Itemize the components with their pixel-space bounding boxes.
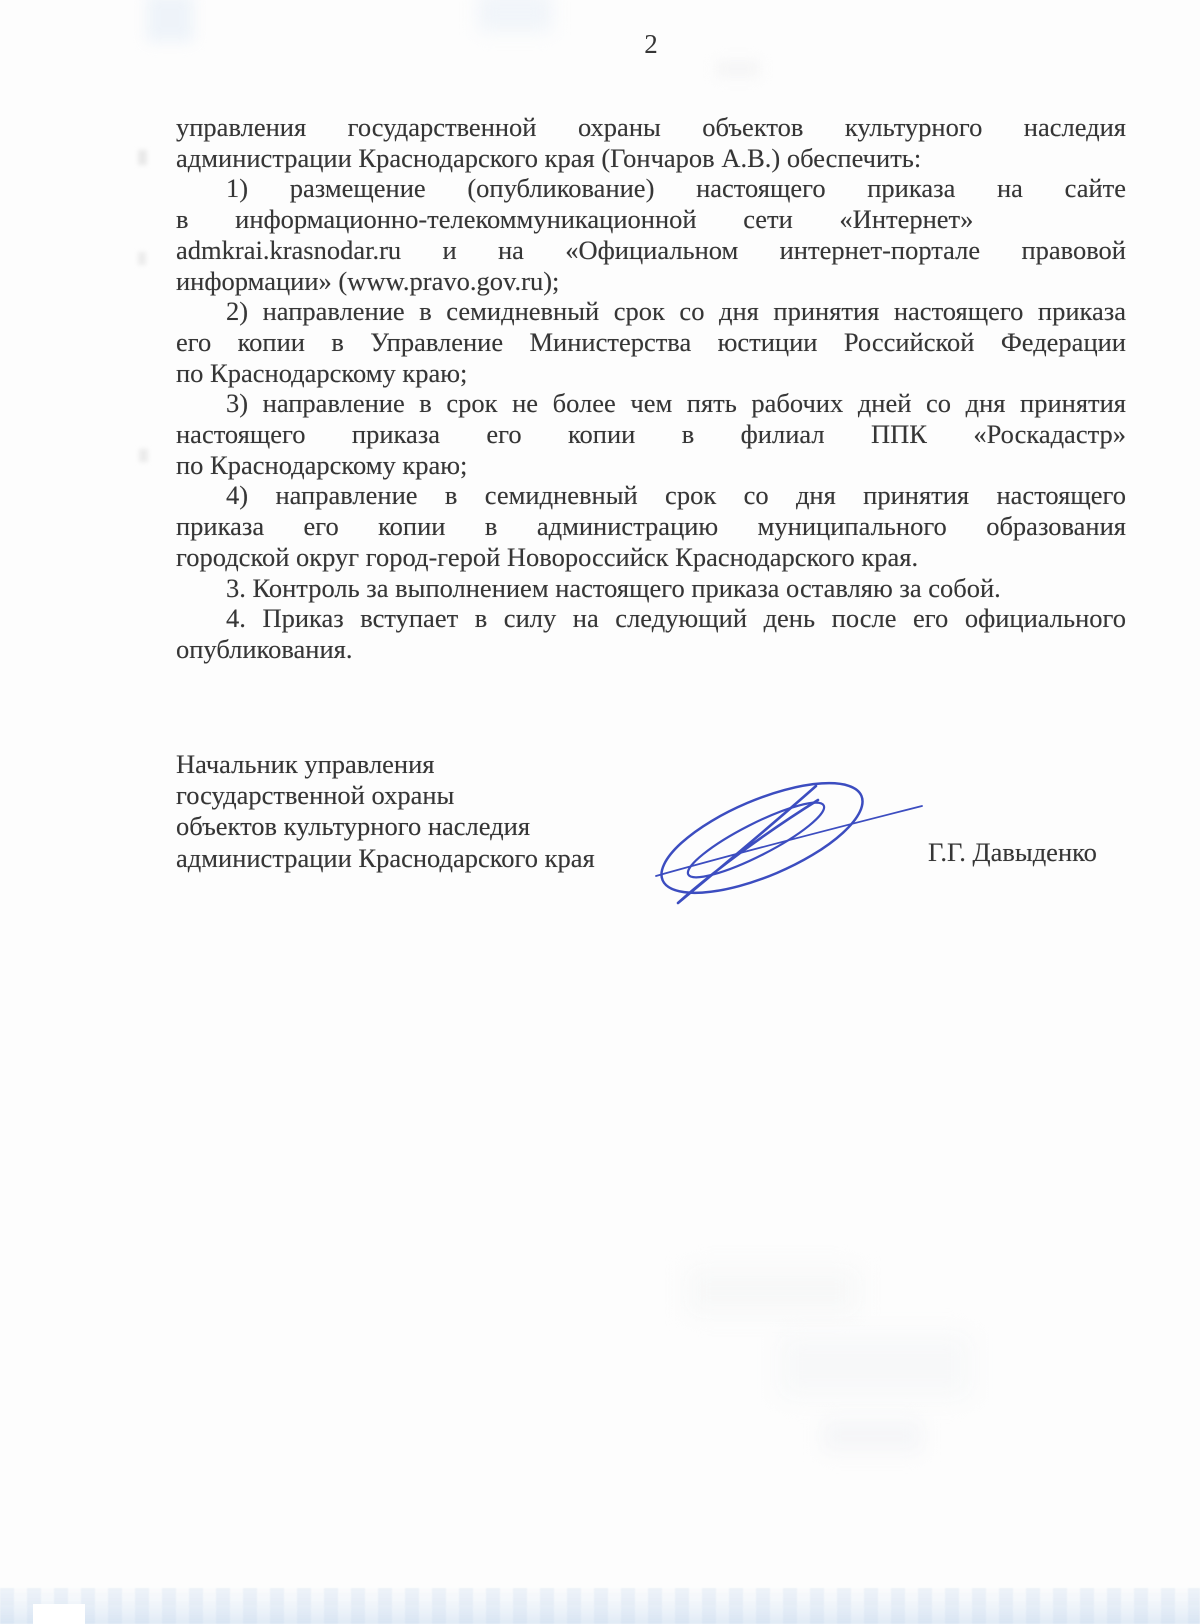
text-line: городской округ город-герой Новороссийск… xyxy=(176,542,1126,573)
text-line: по Краснодарскому краю; xyxy=(176,450,1126,481)
scan-artifact-smudge xyxy=(478,0,552,32)
signature-flourish xyxy=(656,806,922,876)
text-line: по Краснодарскому краю; xyxy=(176,358,1126,389)
text-line: 4. Приказ вступает в силу на следующий д… xyxy=(176,603,1126,634)
text-line: в информационно-телекоммуникационной сет… xyxy=(176,204,1126,235)
text-line: 4) направление в семидневный срок со дня… xyxy=(176,480,1126,511)
scan-artifact-bottom-band xyxy=(0,1588,1200,1624)
text-line: опубликования. xyxy=(176,634,1126,665)
scan-artifact-smudge xyxy=(688,1268,858,1314)
scan-artifact-edge-mark xyxy=(139,449,148,462)
text-line: 3) направление в срок не более чем пять … xyxy=(176,388,1126,419)
text-line: 2) направление в семидневный срок со дня… xyxy=(176,296,1126,327)
text-line: информации» (www.pravo.gov.ru); xyxy=(176,266,1126,297)
scan-artifact-edge-mark xyxy=(138,252,146,265)
page-number: 2 xyxy=(176,29,1126,59)
scan-artifact-smudge xyxy=(716,60,760,78)
scan-artifact-smudge xyxy=(780,1335,970,1397)
text-line: управления государственной охраны объект… xyxy=(176,112,1126,143)
text-line: 3. Контроль за выполнением настоящего пр… xyxy=(176,573,1126,604)
text-line: администрации Краснодарского края (Гонча… xyxy=(176,143,1126,174)
signatory-name: Г.Г. Давыденко xyxy=(928,837,1097,868)
document-page: 2 управления государственной охраны объе… xyxy=(0,0,1200,1624)
scan-artifact-notch xyxy=(33,1604,85,1624)
text-line: 1) размещение (опубликование) настоящего… xyxy=(176,173,1126,204)
handwritten-signature-icon xyxy=(625,762,945,922)
text-line: admkrai.krasnodar.ru и на «Официальном и… xyxy=(176,235,1126,266)
scan-artifact-smudge xyxy=(822,1420,922,1452)
text-line: настоящего приказа его копии в филиал ПП… xyxy=(176,419,1126,450)
text-line: приказа его копии в администрацию муници… xyxy=(176,511,1126,542)
text-line: его копии в Управление Министерства юсти… xyxy=(176,327,1126,358)
scan-artifact-edge-mark xyxy=(138,150,147,165)
document-body: управления государственной охраны объект… xyxy=(176,112,1126,665)
